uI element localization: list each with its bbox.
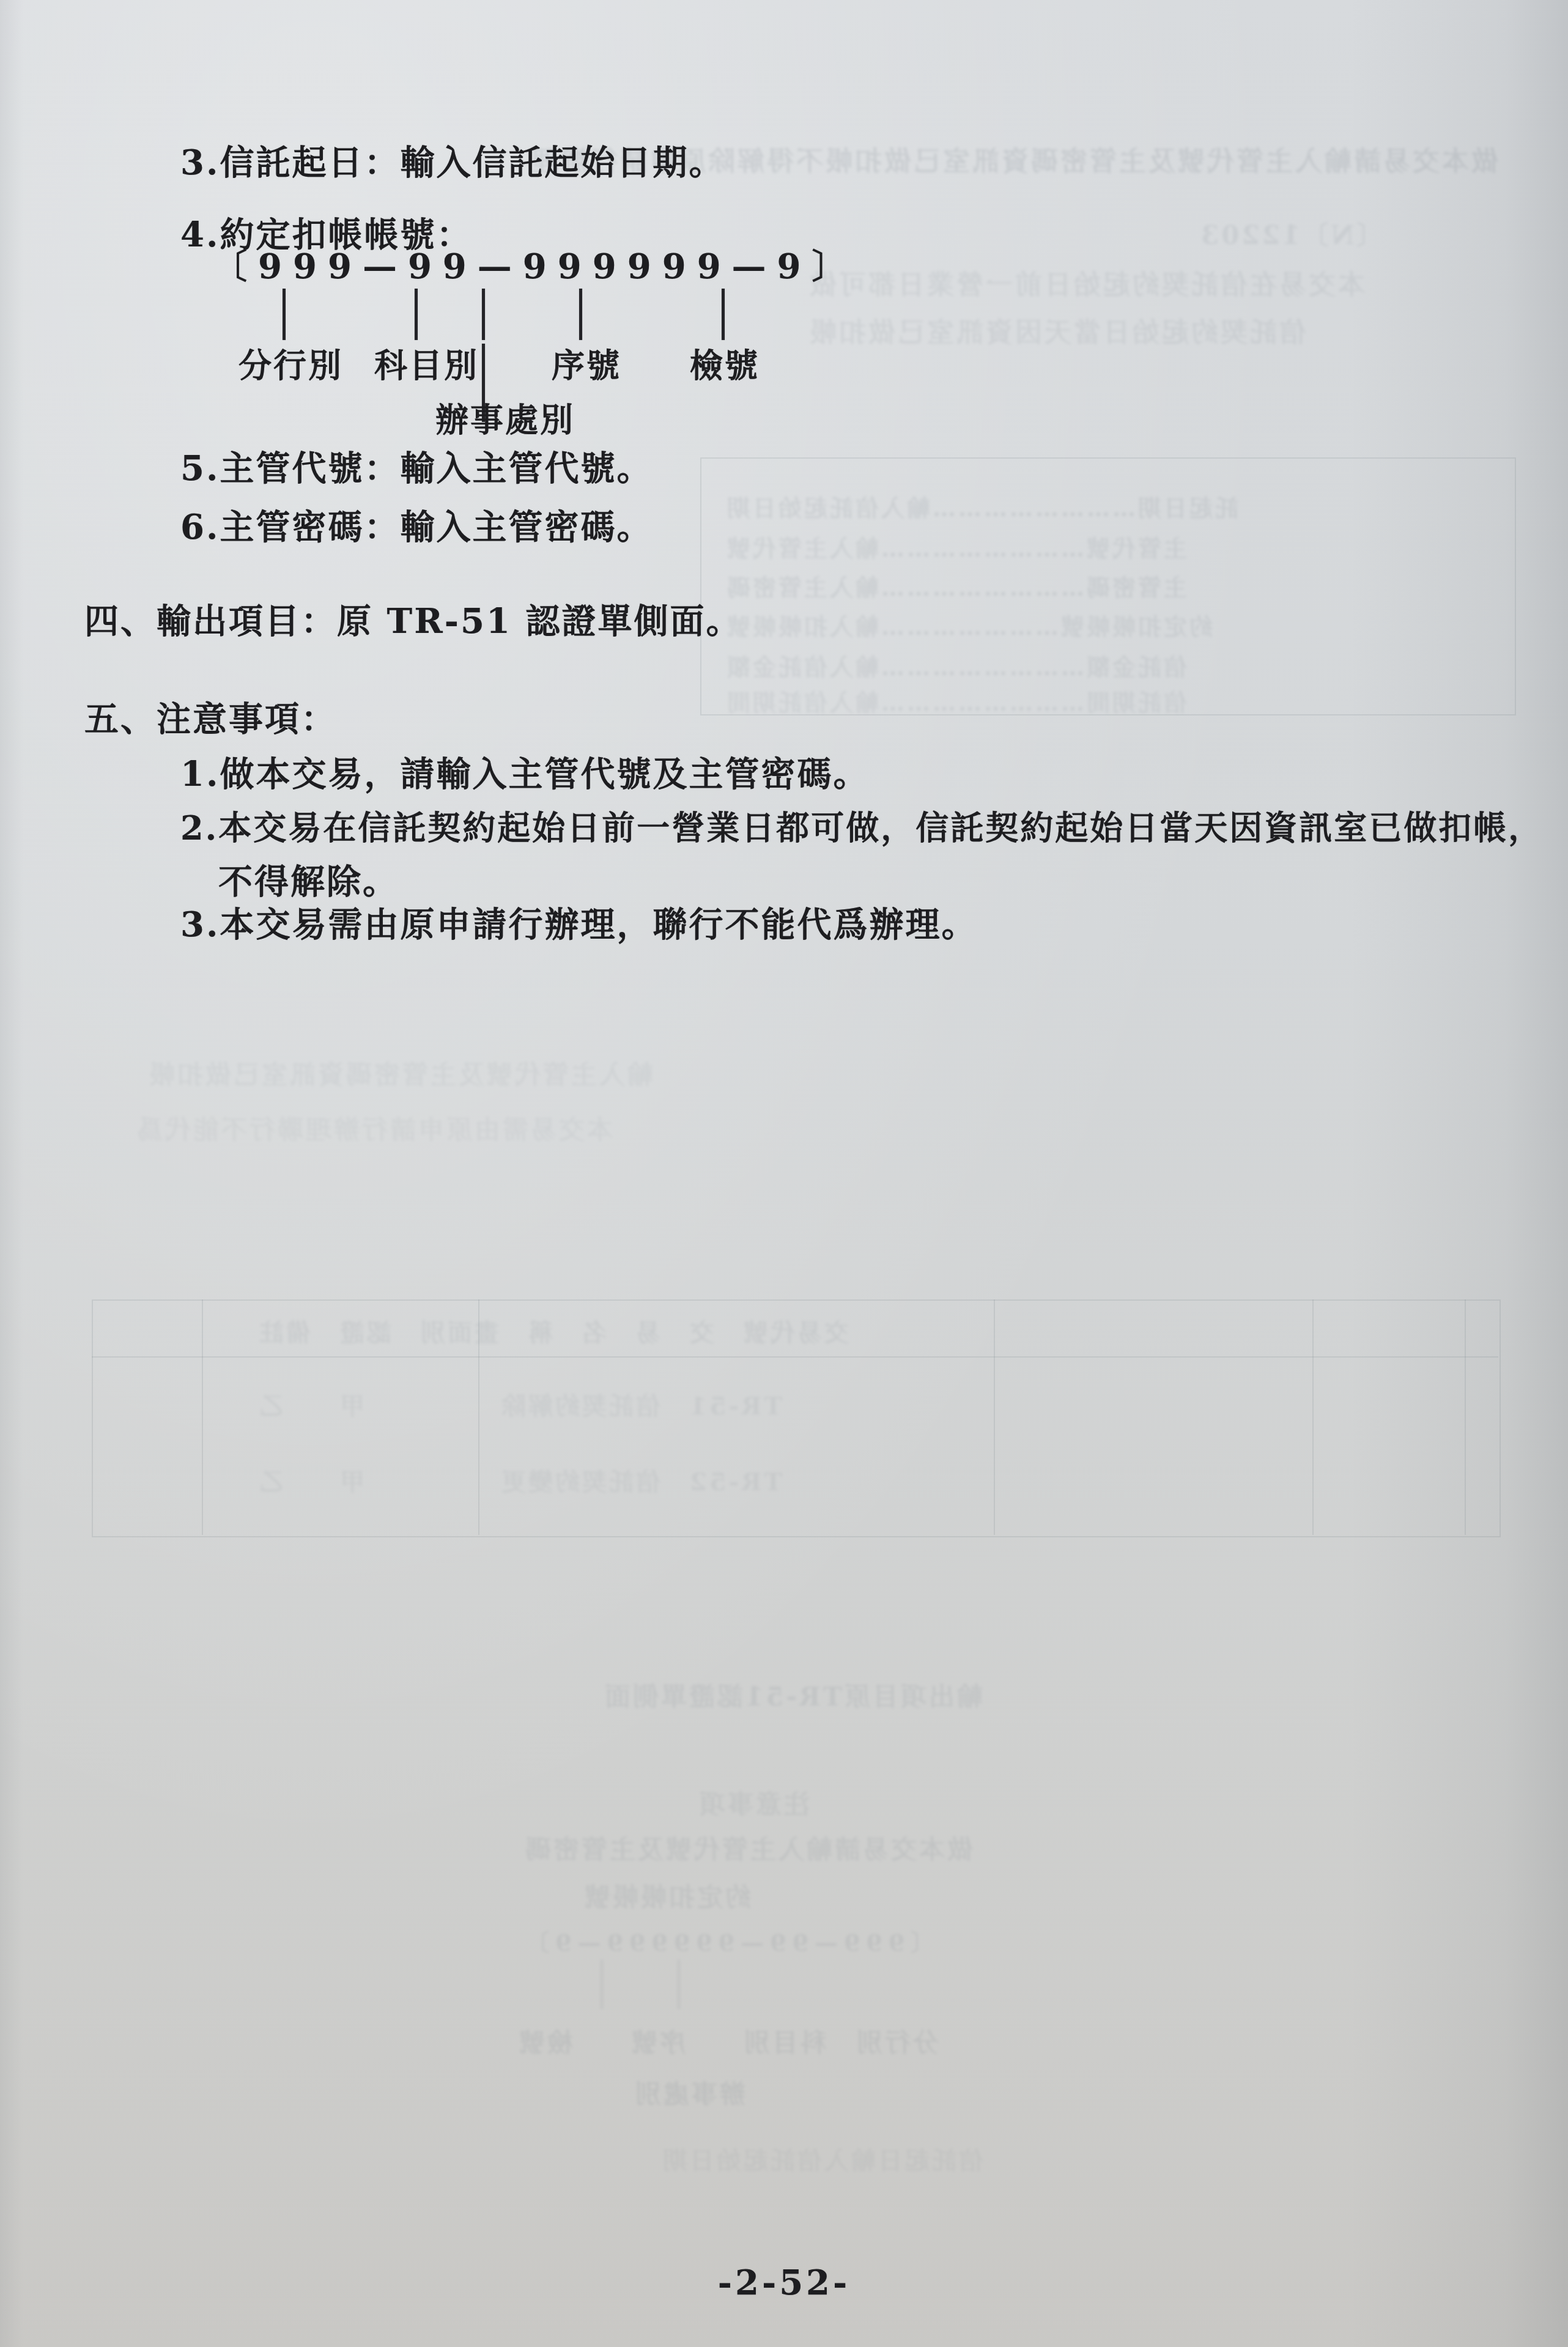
diagram-label-serial: 序號	[552, 340, 621, 387]
note-item-2-line-2: 不得解除。	[218, 855, 399, 904]
bleedthrough-text: 做本交易請輸入主管代號及主管密碼資訊室已做扣帳不得解除原申請行辦理	[703, 139, 1498, 179]
diagram-connector-bar	[415, 289, 418, 340]
instruction-item-3: 3.信託起日：輸入信託起始日期。	[180, 136, 725, 185]
bleedthrough-text: 主管密碼……………………輸入主管密碼	[725, 569, 1187, 602]
bleedthrough-text: 〔N〕12203	[1199, 215, 1383, 252]
bleedthrough-text: 信託契約起始日當天因資訊室已做扣帳	[807, 311, 1306, 350]
bleedthrough-text: 主管代號……………………輸入主管代號	[725, 530, 1187, 563]
diagram-connector-bar	[722, 289, 725, 340]
bleedthrough-text: 〔999—99—999999—9〕	[520, 1924, 934, 1957]
bleedthrough-table-line	[202, 1299, 203, 1535]
bleedthrough-text: 信託期間……………………輸入信託期間	[725, 684, 1187, 717]
bleedthrough-text: 本交易需由原申請行辦理聯行不能代爲	[135, 1110, 613, 1147]
note-item-2-line-1: 2.本交易在信託契約起始日前一營業日都可做，信託契約起始日當天因資訊室已做扣帳，	[180, 802, 1543, 849]
bleedthrough-text: 信託起日輸入信託起始日期	[660, 2142, 983, 2176]
bleedthrough-text: 約定扣帳帳號	[582, 1877, 751, 1914]
diagram-label-subject: 科目別	[374, 340, 479, 387]
section-output-heading: 四、輸出項目：原 TR-51 認證單側面。	[84, 594, 742, 643]
diagram-label-branch: 分行別	[239, 340, 343, 387]
bleedthrough-bar	[678, 1960, 680, 2009]
bleedthrough-text: 辦事處別	[633, 2074, 745, 2111]
instruction-item-5: 5.主管代號：輸入主管代號。	[180, 442, 653, 490]
diagram-label-check: 檢號	[690, 340, 760, 387]
bleedthrough-text: 交易代號 交 易 名 稱 畫面別 認證 備註	[257, 1314, 849, 1348]
bleedthrough-table-line	[1465, 1299, 1466, 1535]
note-item-1: 1.做本交易，請輸入主管代號及主管密碼。	[180, 747, 869, 796]
page-number: -2-52-	[0, 2263, 1568, 2303]
bleedthrough-text: 約定扣帳帳號…………………輸入扣帳帳號	[725, 608, 1213, 641]
bleedthrough-text: 輸入主管代號及主管密碼資訊室已做扣帳	[147, 1055, 653, 1092]
diagram-connector-bar	[283, 289, 286, 340]
bleedthrough-text: TR-52 信託契約變更 甲 乙	[257, 1463, 782, 1498]
note-item-3: 3.本交易需由原申請行辦理，聯行不能代爲辦理。	[180, 898, 977, 947]
bleedthrough-text: 信託金額……………………輸入信託金額	[725, 648, 1187, 682]
bleedthrough-table-line	[92, 1356, 1498, 1358]
bleedthrough-text: 做本交易請輸入主管代號及主管密碼	[523, 1830, 973, 1866]
diagram-connector-bar	[579, 289, 582, 340]
account-number-mask: 〔999—99—999999—9〕	[213, 240, 857, 289]
scanned-document-page: 做本交易請輸入主管代號及主管密碼資訊室已做扣帳不得解除原申請行辦理 〔N〕122…	[0, 0, 1568, 2347]
bleedthrough-text: 輸出項目原TR-51認證單側面	[602, 1677, 983, 1713]
bleedthrough-text: TR-51 信託契約解除 甲 乙	[257, 1387, 782, 1422]
bleedthrough-text: 注意事項	[697, 1784, 810, 1821]
diagram-connector-bar	[482, 289, 485, 340]
diagram-label-office: 辦事處別	[435, 394, 575, 442]
bleedthrough-bar	[601, 1960, 603, 2009]
bleedthrough-table-line	[1312, 1299, 1314, 1535]
section-notes-heading: 五、注意事項：	[84, 692, 337, 741]
bleedthrough-text: 本交易在信託契約起始日前一營業日都可做	[807, 263, 1365, 302]
bleedthrough-text: 分行別 科目別 序號 檢號	[517, 2023, 939, 2060]
bleedthrough-table-line	[994, 1299, 995, 1535]
bleedthrough-text: 託起日期……………………輸入信託起始日期	[725, 489, 1238, 523]
instruction-item-6: 6.主管密碼：輸入主管密碼。	[180, 500, 653, 549]
